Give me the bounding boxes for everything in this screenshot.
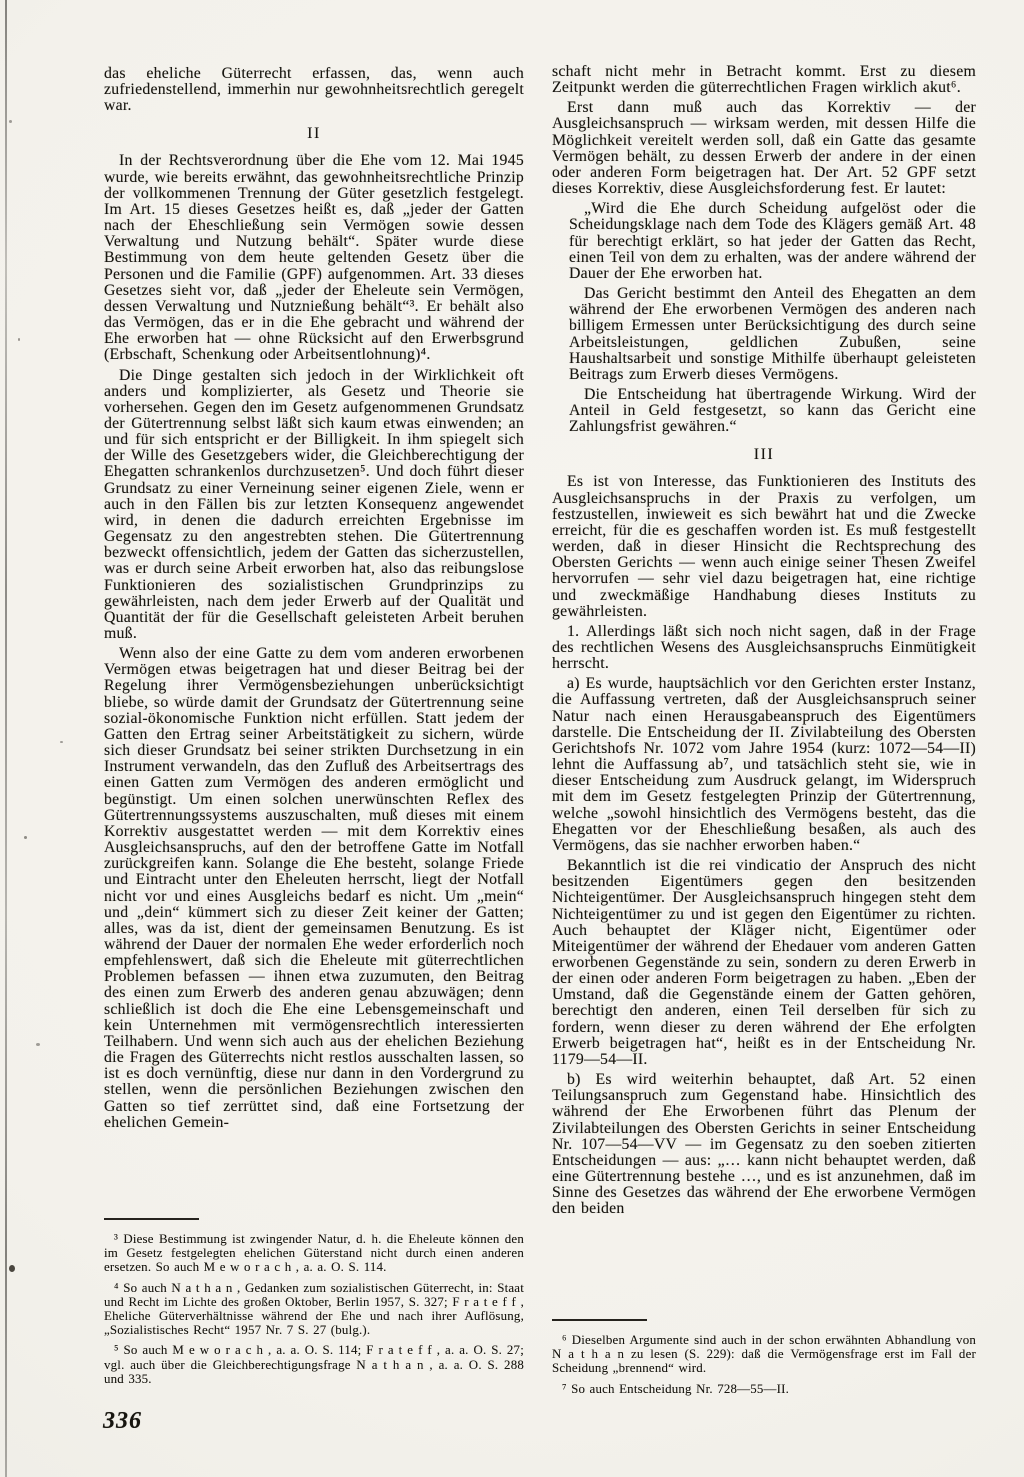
body-paragraph: Die Dinge gestalten sich jedoch in der W…: [104, 368, 524, 643]
body-paragraph: Wenn also der eine Gatte zu dem vom ande…: [104, 646, 524, 1131]
body-paragraph: 1. Allerdings läßt sich noch nicht sagen…: [552, 624, 976, 672]
right-column: schaft nicht mehr in Betracht kommt. Ers…: [552, 64, 976, 1316]
scan-speck: [24, 836, 27, 839]
footnote: ⁶ Dieselben Argumente sind auch in der s…: [552, 1333, 976, 1376]
footnote-separator: [552, 1319, 647, 1321]
section-heading-iii: III: [552, 446, 976, 464]
quote-paragraph: „Wird die Ehe durch Scheidung aufgelöst …: [569, 201, 976, 282]
scan-edge-artifact: [5, 0, 7, 1477]
body-paragraph: In der Rechtsverordnung über die Ehe vom…: [104, 153, 524, 363]
body-paragraph: Es ist von Interesse, das Funktionieren …: [552, 474, 976, 619]
footnote: ⁵ So auch M e w o r a c h , a. a. O. S. …: [104, 1343, 524, 1386]
left-footnote-block: ³ Diese Bestimmung ist zwingender Natur,…: [104, 1218, 524, 1392]
body-paragraph: a) Es wurde, hauptsächlich vor den Geric…: [552, 676, 976, 854]
right-footnote-block: ⁶ Dieselben Argumente sind auch in der s…: [552, 1319, 976, 1402]
quote-paragraph: Die Entscheidung hat übertragende Wirkun…: [569, 387, 976, 435]
footnote: ⁴ So auch N a t h a n , Gedanken zum soz…: [104, 1281, 524, 1338]
scanned-journal-page: das eheliche Güterrecht erfassen, das, w…: [0, 0, 1024, 1477]
footnote: ³ Diese Bestimmung ist zwingender Natur,…: [104, 1232, 524, 1275]
body-paragraph: Bekanntlich ist die rei vindicatio der A…: [552, 858, 976, 1068]
footnote: ⁷ So auch Entscheidung Nr. 728—55—II.: [552, 1382, 976, 1396]
quote-paragraph: Das Gericht bestimmt den Anteil des Eheg…: [569, 286, 976, 383]
scan-speck: [60, 741, 63, 743]
scan-speck: [18, 338, 20, 341]
body-paragraph: b) Es wird weiterhin behauptet, daß Art.…: [552, 1072, 976, 1217]
scan-speck: [9, 120, 12, 123]
body-paragraph-continued: das eheliche Güterrecht erfassen, das, w…: [104, 66, 524, 114]
page-number: 336: [103, 1408, 142, 1435]
scan-speck: [36, 1043, 40, 1046]
body-paragraph-continued: schaft nicht mehr in Betracht kommt. Ers…: [552, 64, 976, 96]
body-paragraph: Erst dann muß auch das Korrektiv — der A…: [552, 100, 976, 197]
scan-speck: [9, 1265, 15, 1272]
footnote-separator: [104, 1218, 199, 1220]
left-column: das eheliche Güterrecht erfassen, das, w…: [104, 66, 524, 1216]
section-heading-ii: II: [104, 125, 524, 143]
